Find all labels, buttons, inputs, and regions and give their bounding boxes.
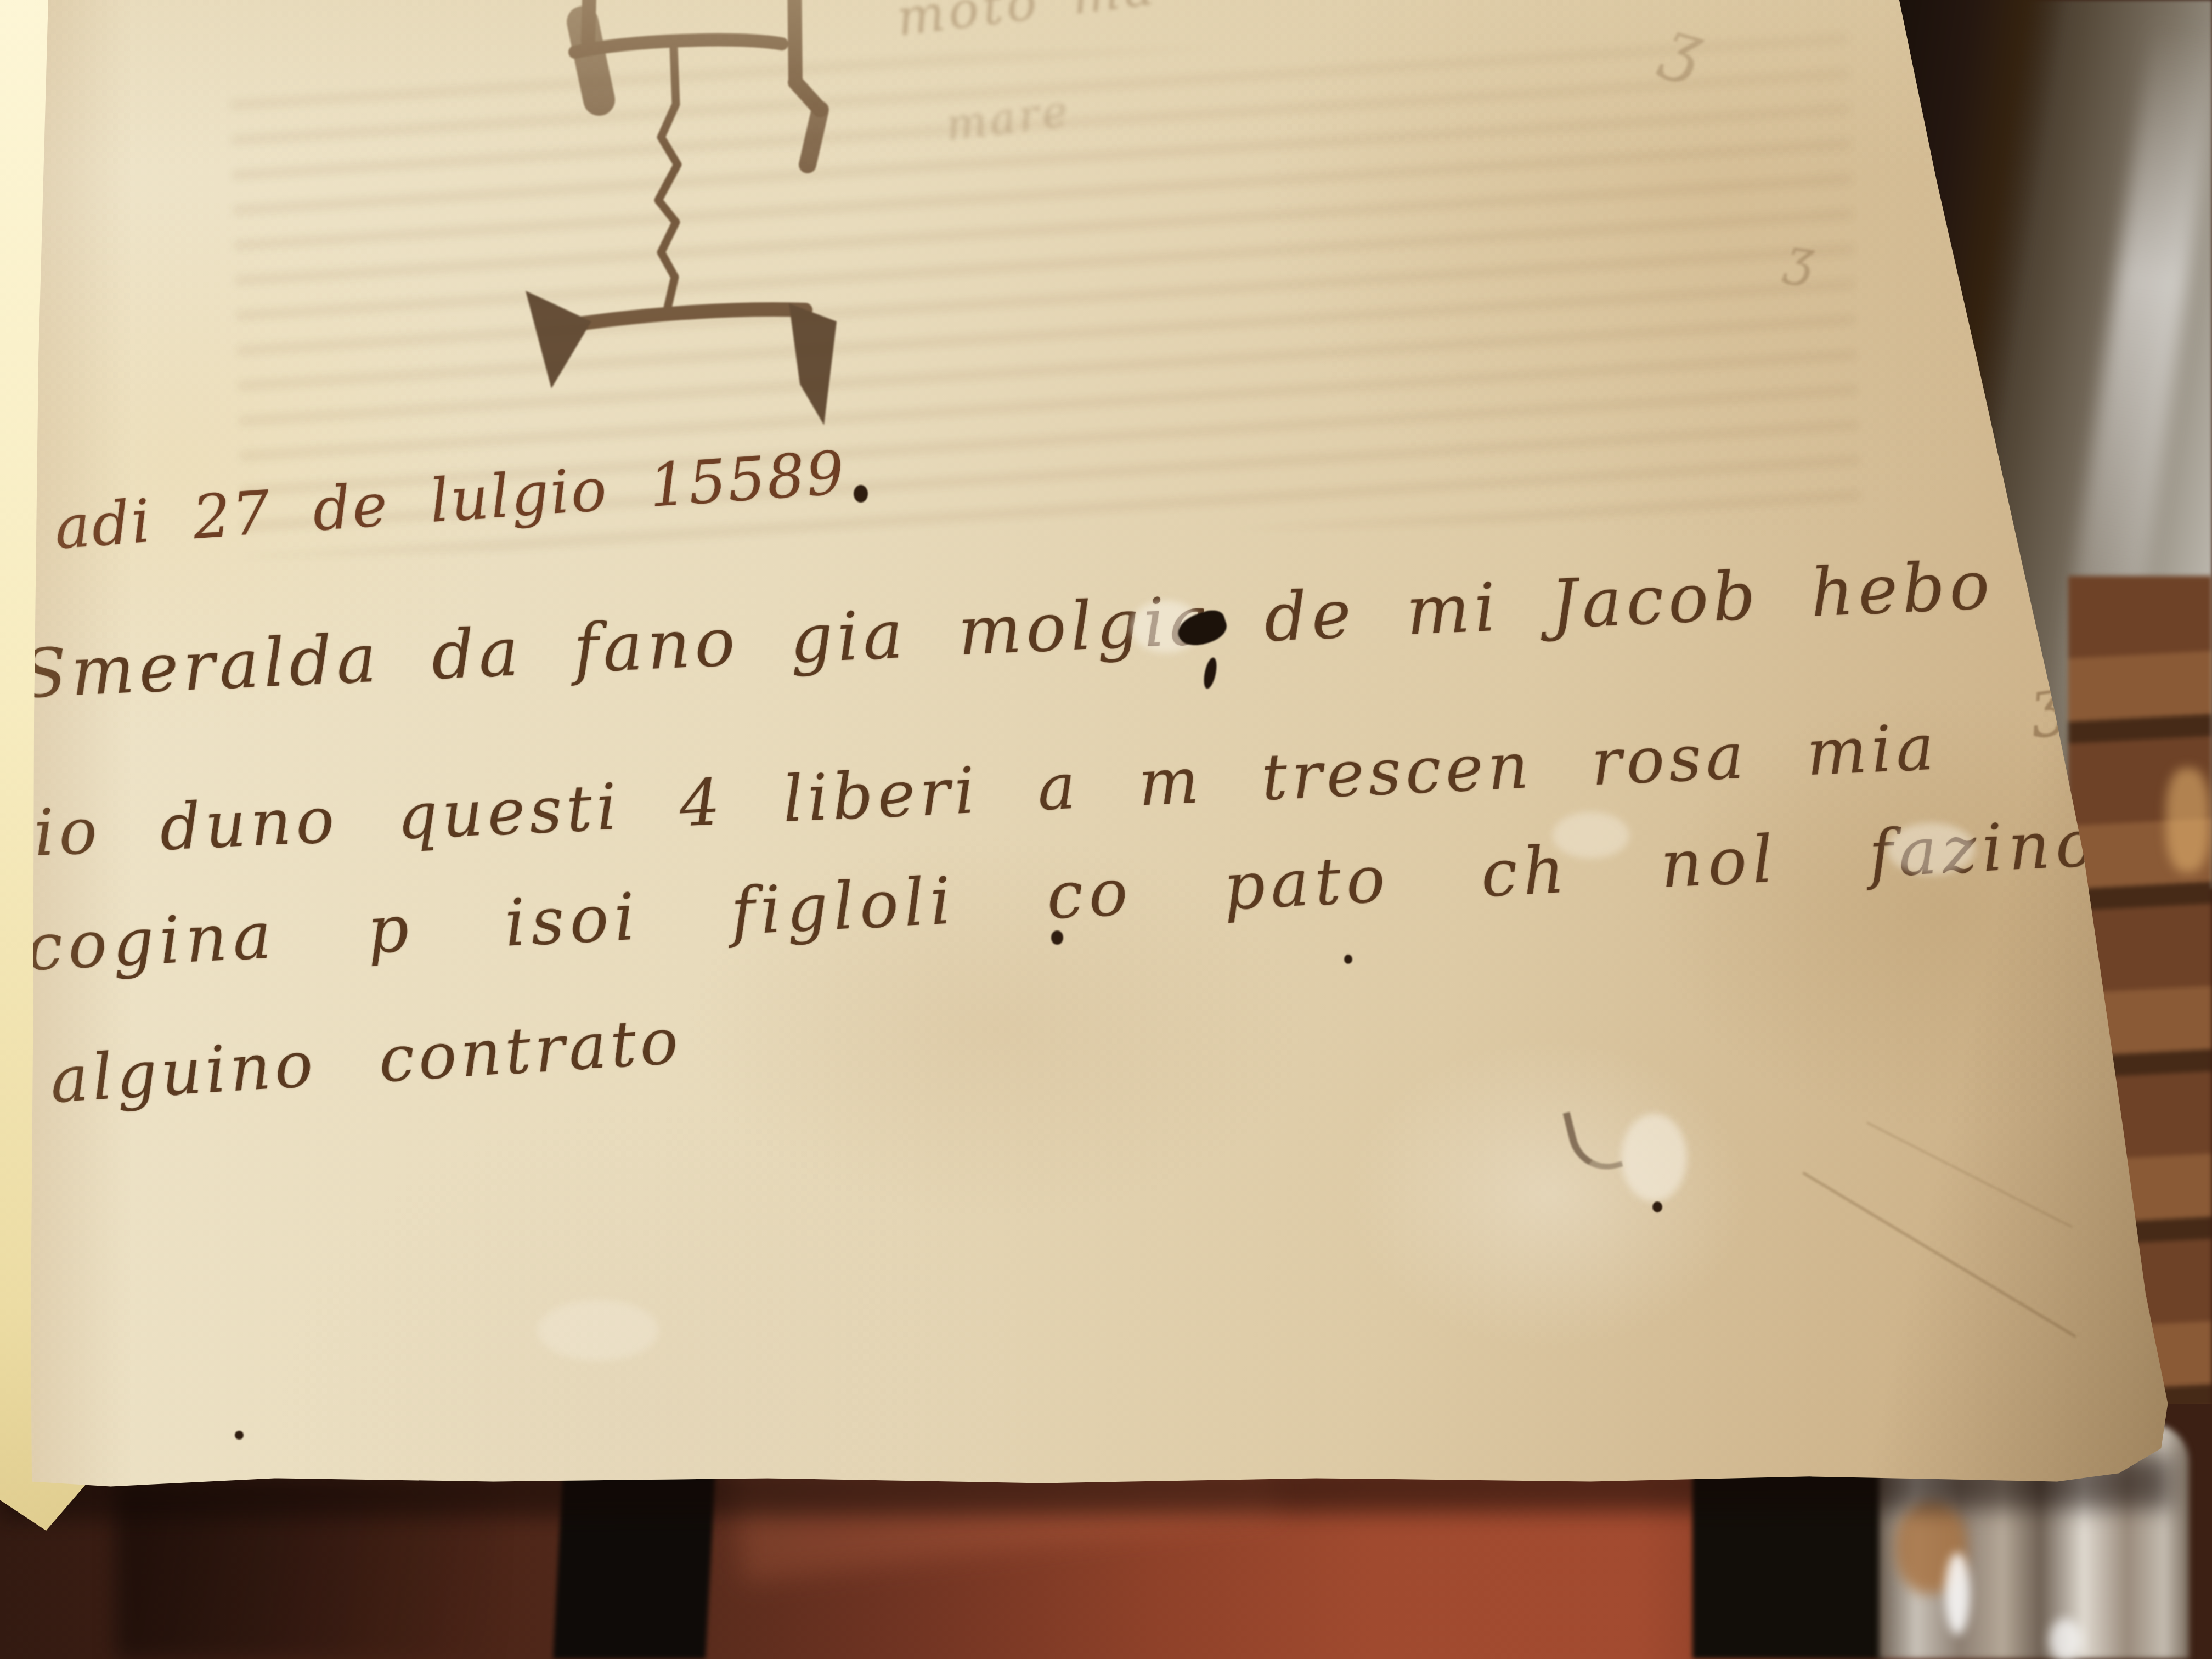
- wood-glint-highlight: [2166, 768, 2210, 872]
- glass-highlight: [2049, 1618, 2082, 1659]
- manuscript-photo: moto ma mare ʒ ʒ ʒ adi 27 de lulgio 1558…: [0, 0, 2212, 1659]
- glass-highlight: [1945, 1553, 1970, 1635]
- manuscript-page: moto ma mare ʒ ʒ ʒ adi 27 de lulgio 1558…: [0, 0, 2212, 1659]
- page-edge-shading: [0, 0, 2212, 1659]
